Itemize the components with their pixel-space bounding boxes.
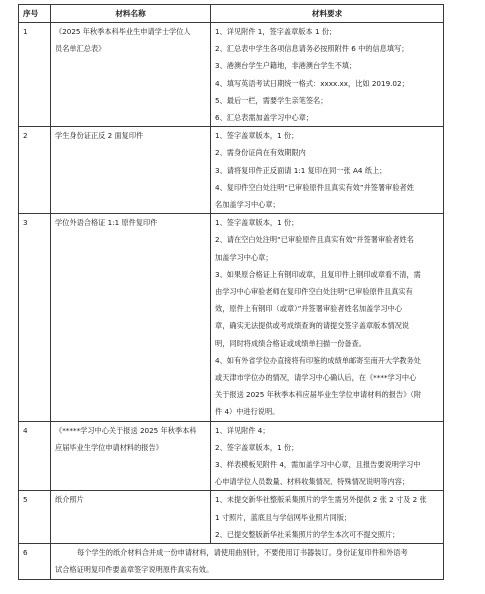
row-number: 5 <box>19 491 51 544</box>
table-row: 3 学位外语合格证 1:1 原件复印件 1、签字盖章版本，1 份； 2、请在空白… <box>19 214 444 421</box>
row-number: 2 <box>19 127 51 214</box>
material-name: 《*****学习中心关于报送 2025 年秋季本科 应届毕业生学位申请材料的报告… <box>51 421 211 491</box>
material-name-line: 学位外语合格证 1:1 原件复印件 <box>55 214 206 231</box>
requirement-line: 或天津市学位办的情况，请学习中心确认后，在《****学习中心 <box>215 369 439 386</box>
requirement-line: 3、请将复印件正反面请 1:1 复印在同一张 A4 纸上； <box>215 162 439 179</box>
row-number: 1 <box>19 23 51 127</box>
binding-note: 每个学生的纸介材料合并成一份申请材料，请使用曲别针，不要使用订书器装订。身份证复… <box>51 544 444 579</box>
requirement-line: 3、港澳台学生户籍地，非港澳台学生不填； <box>215 57 439 74</box>
requirement-line: 2、请在空白处注明“已审验原件且真实有效”并签署审验者姓名 <box>215 231 439 248</box>
row-number: 4 <box>19 421 51 491</box>
material-name-line: 应届毕业生学位申请材料的报告》 <box>55 439 206 456</box>
table-row: 5 纸介照片 1、未提交新华社整版采集照片的学生需另外提供 2 张 2 寸及 2… <box>19 491 444 544</box>
material-requirements: 1、签字盖章版本，1 份； 2、请在空白处注明“已审验原件且真实有效”并签署审验… <box>211 214 444 421</box>
requirement-line: 6、汇总表需加盖学习中心章； <box>215 109 439 126</box>
header-no: 序号 <box>19 5 51 23</box>
table-row: 1 《2025 年秋季本科毕业生申请学士学位人 员名单汇总表》 1、详见附件 1… <box>19 23 444 127</box>
requirement-line: 1 寸照片，蓝底且与学信网毕业照片同版； <box>215 509 439 526</box>
requirement-line: 由学习中心审验老师在复印件空白处注明“已审验原件且真实有 <box>215 283 439 300</box>
requirement-line: 2、汇总表中学生各项信息请务必按照附件 6 中的信息填写； <box>215 40 439 57</box>
material-name-line: 学生身份证正反 2 面复印件 <box>55 127 206 144</box>
requirement-line: 关于报送 2025 年秋季本科应届毕业生学位申请材料的报告》（附 <box>215 386 439 403</box>
requirement-line: 效，原件上有钢印（或章）”并签署审验者姓名加盖学习中心 <box>215 300 439 317</box>
requirement-line: 4、如有外省学位办直接将有印鉴的成绩单邮寄至南开大学教务处 <box>215 352 439 369</box>
requirement-line: 1、签字盖章版本，1 份； <box>215 127 439 144</box>
requirement-line: 心申请学位人员数量、材料收集情况、特殊情况说明等内容； <box>215 473 439 490</box>
requirement-line: 件 4）中进行说明。 <box>215 403 439 420</box>
material-name: 《2025 年秋季本科毕业生申请学士学位人 员名单汇总表》 <box>51 23 211 127</box>
note-line: 每个学生的纸介材料合并成一份申请材料，请使用曲别针，不要使用订书器装订。身份证复… <box>77 548 408 557</box>
row-number: 3 <box>19 214 51 421</box>
material-requirements: 1、详见附件 1，签字盖章版本 1 份； 2、汇总表中学生各项信息请务必按照附件… <box>211 23 444 127</box>
requirement-line: 4、复印件空白处注明“已审验原件且真实有效”并签署审验者姓 <box>215 179 439 196</box>
header-material-requirements: 材料要求 <box>211 5 444 23</box>
requirement-line: 5、最后一栏，需要学生亲笔签名； <box>215 92 439 109</box>
requirement-line: 2、签字盖章版本，1 份； <box>215 439 439 456</box>
material-name-line: 纸介照片 <box>55 491 206 508</box>
material-name: 学位外语合格证 1:1 原件复印件 <box>51 214 211 421</box>
material-requirements: 1、未提交新华社整版采集照片的学生需另外提供 2 张 2 寸及 2 张 1 寸照… <box>211 491 444 544</box>
requirement-line: 名加盖学习中心章； <box>215 196 439 213</box>
material-name-line: 《*****学习中心关于报送 2025 年秋季本科 <box>55 422 206 439</box>
requirement-line: 明，同时将成绩合格证或成绩单扫描一份备查。 <box>215 335 439 352</box>
table-header-row: 序号 材料名称 材料要求 <box>19 5 444 23</box>
requirement-line: 3、如果原合格证上有钢印或章，且复印件上钢印或章看不清，需 <box>215 266 439 283</box>
material-requirements: 1、签字盖章版本，1 份； 2、需身份证尚在有效期限内 3、请将复印件正反面请 … <box>211 127 444 214</box>
requirement-line: 2、已提交整版新华社采集照片的学生本次可不提交照片； <box>215 526 439 543</box>
requirement-line: 1、未提交新华社整版采集照片的学生需另外提供 2 张 2 寸及 2 张 <box>215 491 439 508</box>
table-row-note: 6 每个学生的纸介材料合并成一份申请材料，请使用曲别针，不要使用订书器装订。身份… <box>19 544 444 579</box>
material-requirements: 1、详见附件 4； 2、签字盖章版本，1 份； 3、样表模板见附件 4，需加盖学… <box>211 421 444 491</box>
header-material-name: 材料名称 <box>51 5 211 23</box>
requirement-line: 章，确实无法提供或考成绩查询的请提交签字盖章版本情况说 <box>215 317 439 334</box>
requirement-line: 1、详见附件 1，签字盖章版本 1 份； <box>215 23 439 40</box>
requirement-line: 4、填写英语考试日期统一格式：xxxx.xx，比如 2019.02； <box>215 75 439 92</box>
material-name-line: 《2025 年秋季本科毕业生申请学士学位人 <box>55 23 206 40</box>
note-line: 试合格证明复印件要盖章签字说明原件真实有效。 <box>55 561 439 578</box>
material-name: 纸介照片 <box>51 491 211 544</box>
requirement-line: 2、需身份证尚在有效期限内 <box>215 144 439 161</box>
material-name: 学生身份证正反 2 面复印件 <box>51 127 211 214</box>
table-row: 4 《*****学习中心关于报送 2025 年秋季本科 应届毕业生学位申请材料的… <box>19 421 444 491</box>
table-row: 2 学生身份证正反 2 面复印件 1、签字盖章版本，1 份； 2、需身份证尚在有… <box>19 127 444 214</box>
requirement-line: 1、签字盖章版本，1 份； <box>215 214 439 231</box>
requirement-line: 加盖学习中心章； <box>215 249 439 266</box>
row-number: 6 <box>19 544 51 579</box>
materials-table: 序号 材料名称 材料要求 1 《2025 年秋季本科毕业生申请学士学位人 员名单… <box>18 4 444 580</box>
requirement-line: 3、样表模板见附件 4，需加盖学习中心章，且报告要说明学习中 <box>215 456 439 473</box>
requirement-line: 1、详见附件 4； <box>215 422 439 439</box>
material-name-line: 员名单汇总表》 <box>55 40 206 57</box>
